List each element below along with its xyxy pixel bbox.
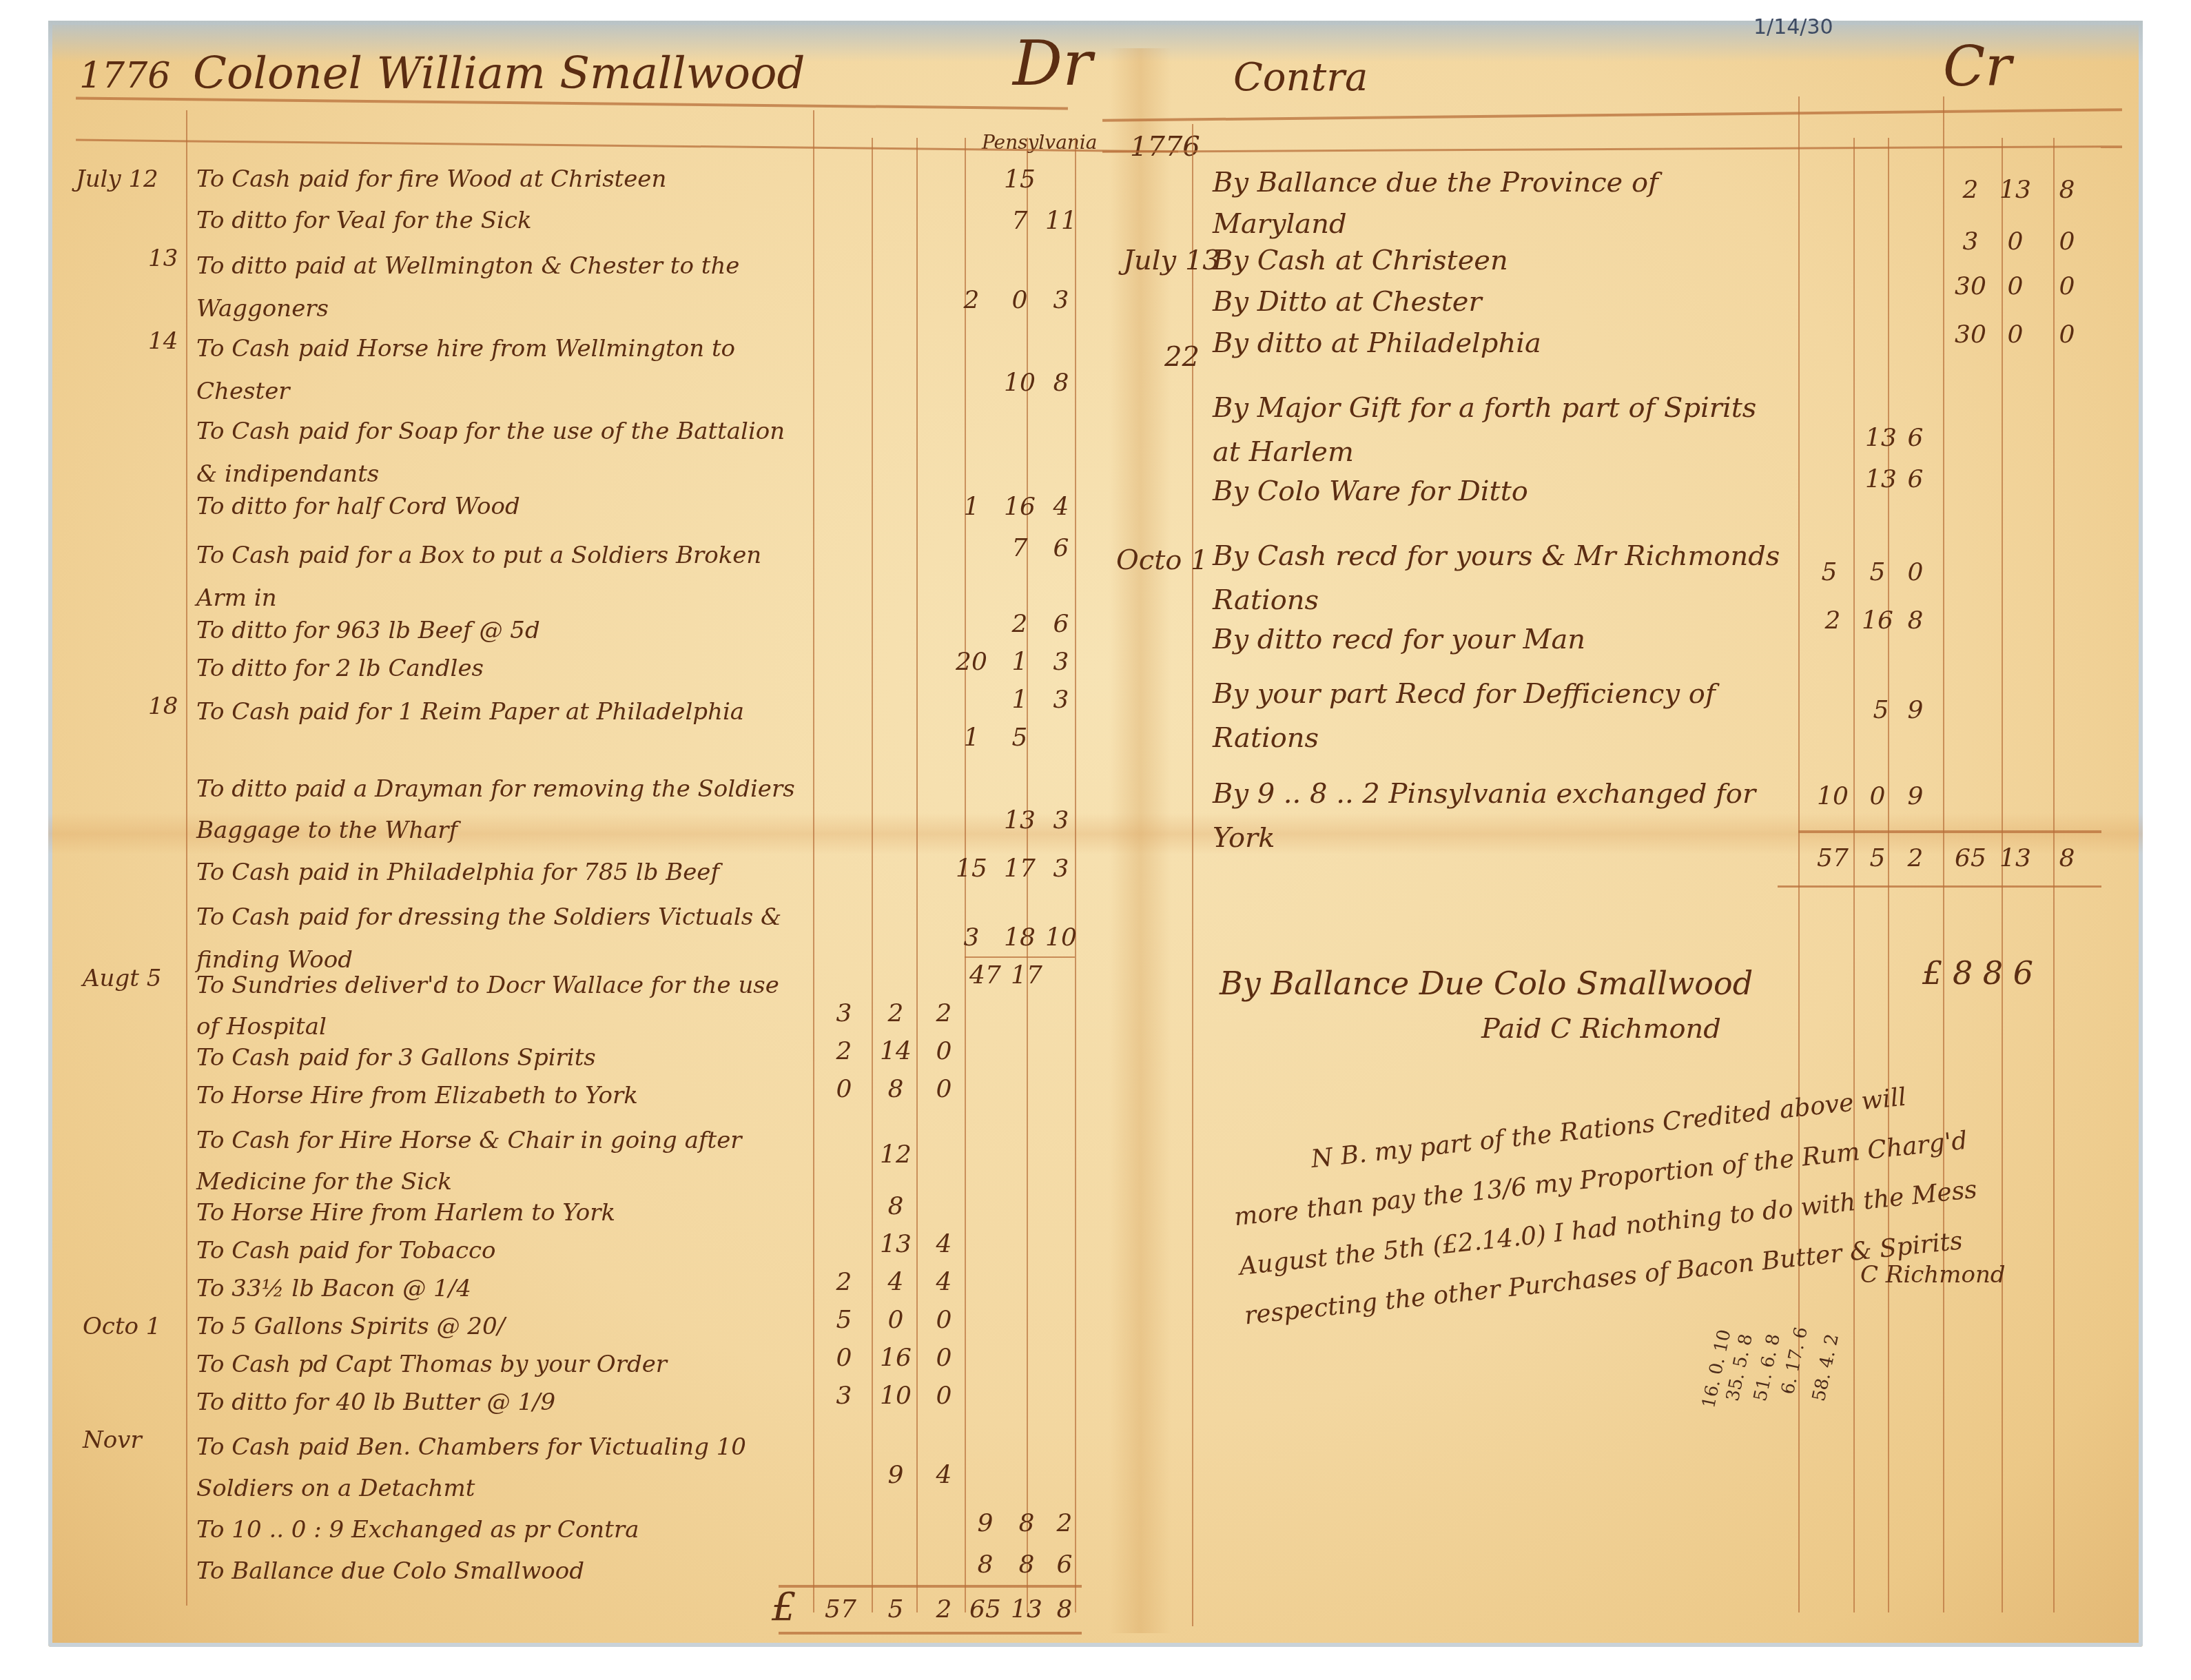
credit-heading: Contra — [1233, 55, 1368, 100]
money-column-rule — [872, 138, 873, 1612]
total-rule — [1798, 830, 2101, 833]
total-rule — [779, 1585, 1082, 1588]
double-total-rule — [1778, 885, 2101, 888]
balance-amount: £ 8 8 6 — [1922, 954, 2033, 992]
archive-stamp: 1/14/30 — [1753, 15, 1833, 39]
debit-heading: Colonel William Smallwood — [193, 48, 805, 99]
money-column-rule — [813, 110, 814, 1612]
pound-sign: £ — [772, 1585, 796, 1630]
note-signature: C Richmond — [1860, 1261, 2006, 1289]
money-column-rule — [1943, 96, 1944, 1612]
money-column-rule — [2053, 138, 2055, 1612]
date-column-rule — [186, 110, 187, 1606]
money-column-rule — [916, 138, 918, 1612]
debit-year: 1776 — [79, 55, 170, 96]
balance-line: By Ballance Due Colo Smallwood — [1220, 965, 1753, 1002]
money-column-rule — [1853, 138, 1855, 1612]
money-column-rule — [2002, 138, 2003, 1612]
double-total-rule — [779, 1632, 1082, 1635]
subtotal-rule — [965, 956, 1075, 958]
paid-signature: Paid C Richmond — [1481, 1013, 1721, 1045]
credit-year: 1776 — [1130, 131, 1200, 163]
debit-side-mark: Dr — [1013, 28, 1092, 100]
money-column-rule — [1888, 138, 1889, 1612]
credit-side-mark: Cr — [1943, 34, 2011, 99]
